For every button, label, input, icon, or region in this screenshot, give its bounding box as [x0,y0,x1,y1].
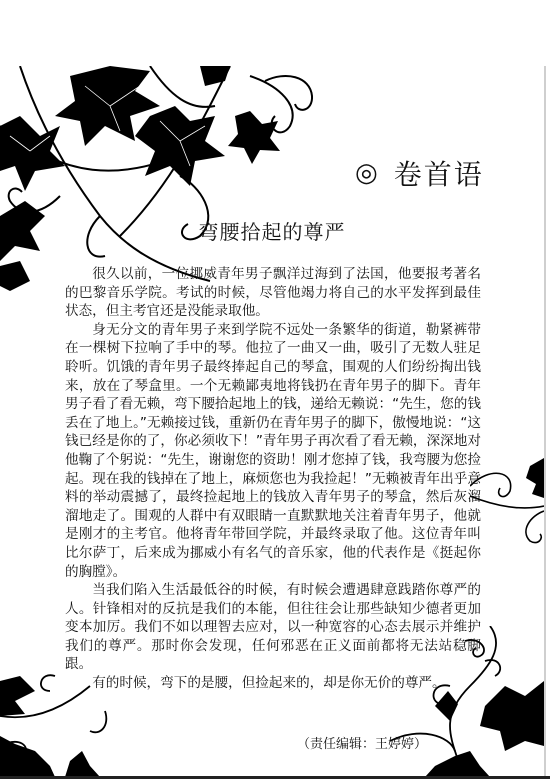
paragraph: 有的时候，弯下的是腰，但捡起来的，却是你无价的尊严。 [65,674,481,693]
section-title: 卷首语 [394,153,484,193]
section-header: ◎ 卷首语 [355,153,484,193]
paragraph: 当我们陷入生活最低谷的时候，有时候会遭遇肆意践踏你尊严的人。针锋相对的反抗是我们… [65,581,481,674]
article-body: 很久以前，一位挪威青年男子飘洋过海到了法国，他要报考著名的巴黎音乐学院。考试的时… [65,265,481,693]
paragraph: 很久以前，一位挪威青年男子飘洋过海到了法国，他要报考著名的巴黎音乐学院。考试的时… [65,265,481,321]
article-title: 弯腰拾起的尊严 [0,216,544,245]
double-circle-icon: ◎ [355,158,380,188]
paragraph: 身无分文的青年男子来到学院不远处一条繁华的街道，勒紧裤带在一棵树下拉响了手中的琴… [65,321,481,581]
vine-ornament-right [470,446,544,556]
magazine-page: ◎ 卷首语 弯腰拾起的尊严 很久以前，一位挪威青年男子飘洋过海到了法国，他要报考… [0,66,544,777]
page-edge [544,66,546,777]
editor-credit: （责任编辑：王婷婷） [297,733,427,752]
